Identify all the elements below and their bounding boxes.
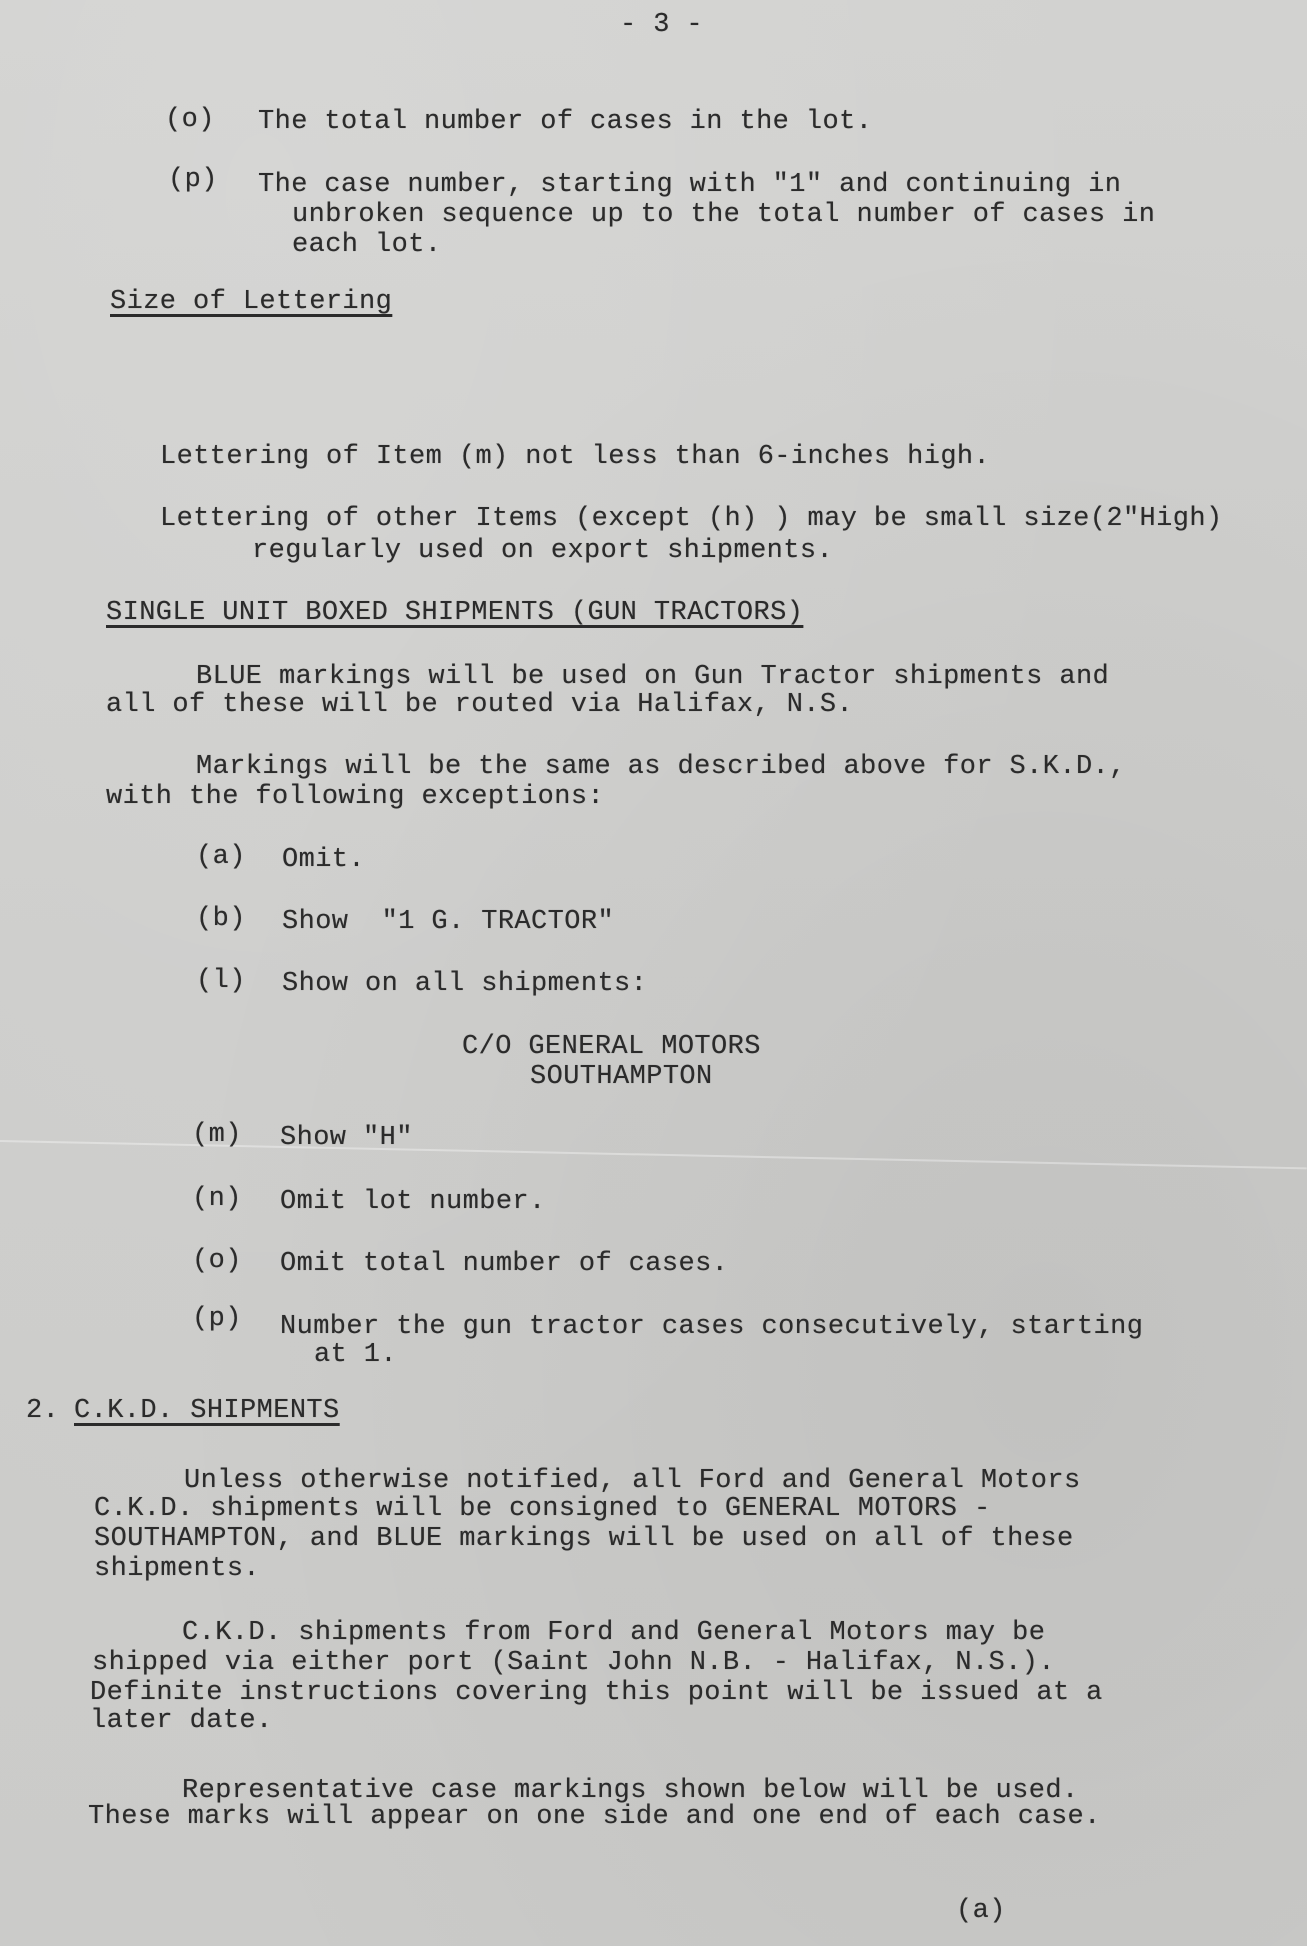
section-heading-size-of-lettering: Size of Lettering [110,287,392,317]
ckd-para1-line4: shipments. [94,1554,260,1584]
item-text-p-line3: each lot. [292,230,441,260]
single-unit-para1-line1: BLUE markings will be used on Gun Tracto… [196,662,1109,692]
page-number: - 3 - [620,10,703,40]
ckd-para3-line2: These marks will appear on one side and … [88,1802,1101,1832]
lettering-line-1: Lettering of Item (m) not less than 6-in… [160,442,990,472]
exception-text-n: Omit lot number. [280,1187,546,1217]
footer-mark: (a) [956,1896,1006,1926]
exception-label-o: (o) [192,1246,242,1276]
ckd-para1-line3: SOUTHAMPTON, and BLUE markings will be u… [94,1524,1074,1554]
exception-label-n: (n) [192,1184,242,1214]
item-text-o: The total number of cases in the lot. [258,107,872,137]
lettering-line-2b: regularly used on export shipments. [252,536,833,566]
ckd-para2-line1: C.K.D. shipments from Ford and General M… [182,1618,1045,1648]
exception-label-p: (p) [192,1304,242,1334]
ckd-para2-line3: Definite instructions covering this poin… [90,1678,1103,1708]
section-heading-ckd: C.K.D. SHIPMENTS [74,1396,340,1426]
lettering-line-2a: Lettering of other Items (except (h) ) m… [160,504,1223,534]
exception-label-l: (l) [196,966,246,996]
exception-text-b: Show "1 G. TRACTOR" [282,907,614,937]
exception-text-o: Omit total number of cases. [280,1249,728,1279]
single-unit-para2-line1: Markings will be the same as described a… [196,752,1126,782]
item-text-p-line2: unbroken sequence up to the total number… [292,200,1155,230]
document-page: - 3 - (o) The total number of cases in t… [0,0,1307,1946]
section-heading-single-unit: SINGLE UNIT BOXED SHIPMENTS (GUN TRACTOR… [106,598,803,628]
item-text-p-line1: The case number, starting with "1" and c… [258,170,1121,200]
ckd-para2-line4: later date. [90,1706,273,1736]
exception-label-m: (m) [192,1120,242,1150]
item-label-p: (p) [168,165,218,195]
ckd-para2-line2: shipped via either port (Saint John N.B.… [92,1648,1055,1678]
exception-text-m: Show "H" [280,1123,413,1153]
address-line-1: C/O GENERAL MOTORS [462,1032,761,1062]
exception-text-p-line2: at 1. [314,1340,397,1370]
section-number-2: 2. [26,1396,59,1426]
single-unit-para1-line2: all of these will be routed via Halifax,… [106,690,853,720]
exception-text-l: Show on all shipments: [282,969,647,999]
address-line-2: SOUTHAMPTON [530,1062,713,1092]
exception-text-a: Omit. [282,845,365,875]
ckd-para1-line2: C.K.D. shipments will be consigned to GE… [94,1494,991,1524]
item-label-o: (o) [165,105,215,135]
exception-text-p-line1: Number the gun tractor cases consecutive… [280,1312,1143,1342]
exception-label-b: (b) [196,904,246,934]
single-unit-para2-line2: with the following exceptions: [106,782,604,812]
ckd-para1-line1: Unless otherwise notified, all Ford and … [184,1466,1081,1496]
exception-label-a: (a) [196,842,246,872]
